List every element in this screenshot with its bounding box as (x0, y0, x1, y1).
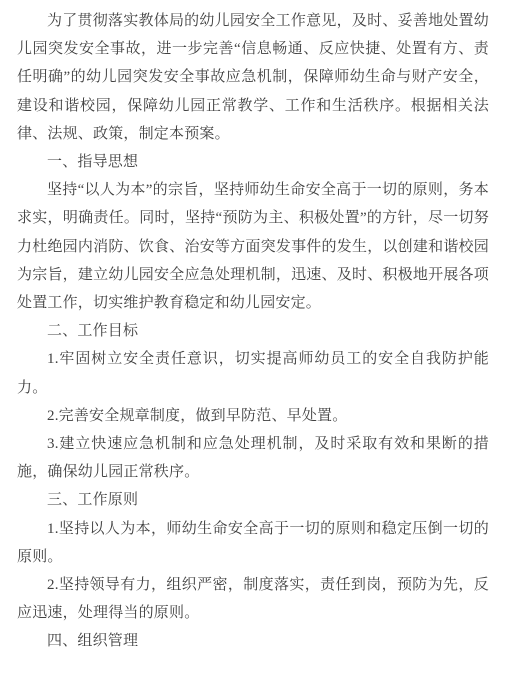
document-page: 为了贯彻落实教体局的幼儿园安全工作意见，及时、妥善地处置幼儿园突发安全事故，进一… (0, 0, 506, 676)
heading-1-guiding-ideology: 一、指导思想 (17, 148, 489, 176)
list-item-principle-1: 1.坚持以人为本，师幼生命安全高于一切的原则和稳定压倒一切的原则。 (17, 515, 489, 571)
paragraph-preamble: 为了贯彻落实教体局的幼儿园安全工作意见，及时、妥善地处置幼儿园突发安全事故，进一… (17, 7, 489, 148)
list-item-goal-3: 3.建立快速应急机制和应急处理机制，及时采取有效和果断的措施，确保幼儿园正常秩序… (17, 430, 489, 486)
heading-3-work-principles: 三、工作原则 (17, 486, 489, 514)
list-item-goal-2: 2.完善安全规章制度，做到早防范、早处置。 (17, 402, 489, 430)
paragraph-guiding-ideology: 坚持“以人为本”的宗旨，坚持师幼生命安全高于一切的原则，务本求实，明确责任。同时… (17, 176, 489, 317)
document-body: 为了贯彻落实教体局的幼儿园安全工作意见，及时、妥善地处置幼儿园突发安全事故，进一… (17, 7, 489, 656)
heading-2-work-goals: 二、工作目标 (17, 317, 489, 345)
heading-4-organization-management: 四、组织管理 (17, 627, 489, 655)
list-item-goal-1: 1.牢固树立安全责任意识，切实提高师幼员工的安全自我防护能力。 (17, 345, 489, 401)
list-item-principle-2: 2.坚持领导有力，组织严密，制度落实，责任到岗，预防为先，反应迅速，处理得当的原… (17, 571, 489, 627)
